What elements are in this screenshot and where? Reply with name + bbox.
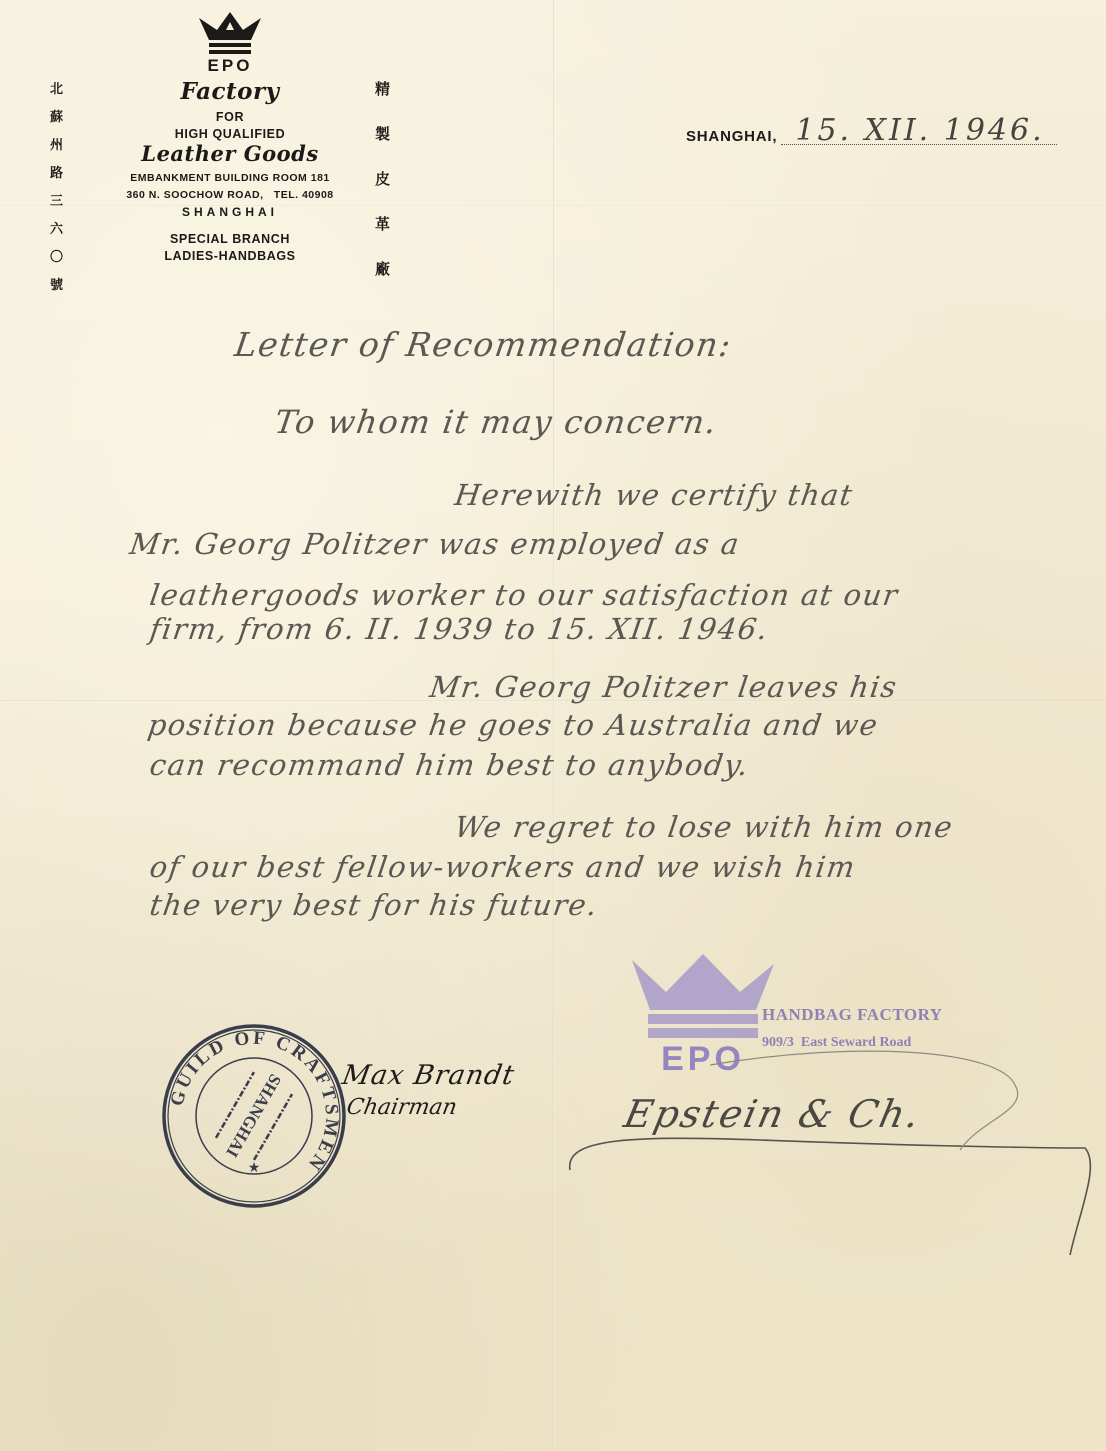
letterhead-city: SHANGHAI — [80, 204, 380, 221]
letterhead-branch-1: SPECIAL BRANCH — [80, 231, 380, 248]
signature-flourish — [560, 1030, 1100, 1260]
letter-line: Herewith we certify that — [453, 478, 856, 512]
chinese-address-char: 六 — [50, 218, 63, 237]
letter-line: leathergoods worker to our satisfaction … — [148, 578, 901, 612]
letter-line: Mr. Georg Politzer leaves his — [428, 670, 900, 704]
letterhead: EPO Factory FOR HIGH QUALIFIED Leather G… — [80, 10, 380, 265]
letterhead-address-1: EMBANKMENT BUILDING ROOM 181 — [80, 170, 380, 187]
chairman-name: Max Brandt — [340, 1060, 517, 1091]
chinese-address-char: 〇 — [50, 246, 63, 265]
letter-line: can recommand him best to anybody. — [148, 748, 752, 782]
letter-line: the very best for his future. — [148, 888, 601, 922]
chinese-address-column: 北蘇州路三六〇號 — [50, 78, 63, 293]
letterhead-for: FOR — [80, 109, 380, 126]
chinese-address-char: 北 — [50, 78, 63, 97]
letter-line: position because he goes to Australia an… — [146, 708, 881, 742]
letter-line: firm, from 6. II. 1939 to 15. XII. 1946. — [148, 612, 771, 646]
letterhead-branch-2: LADIES-HANDBAGS — [80, 248, 380, 265]
crown-icon — [195, 10, 265, 58]
letter-line: of our best fellow-workers and we wish h… — [148, 850, 859, 884]
letterhead-factory: Factory — [80, 78, 380, 105]
dateline-place: SHANGHAI, — [686, 128, 777, 145]
letter-greeting: To whom it may concern. — [272, 403, 720, 441]
chairman-role: Chairman — [345, 1095, 511, 1120]
stamp-line-1: HANDBAG FACTORY — [762, 1005, 943, 1025]
letter-title: Letter of Recommendation: — [232, 325, 734, 364]
letterhead-address-2: 360 N. SOOCHOW ROAD, TEL. 40908 — [80, 187, 380, 204]
factory-signature: Epstein & Ch. — [620, 1092, 925, 1136]
guild-seal-icon: GUILD OF CRAFTSMEN ★ SHANGHAI — [160, 1022, 348, 1210]
svg-text:SHANGHAI: SHANGHAI — [222, 1071, 285, 1161]
dateline: SHANGHAI, 15. XII. 1946. — [686, 118, 1057, 145]
svg-text:★: ★ — [248, 1159, 261, 1175]
chinese-address-char: 蘇 — [50, 106, 63, 125]
chinese-address-char: 號 — [50, 274, 63, 293]
brand-name: EPO — [80, 56, 380, 76]
chinese-address-char: 州 — [50, 134, 63, 153]
letter-line: We regret to lose with him one — [453, 810, 956, 844]
dateline-date: 15. XII. 1946. — [781, 118, 1057, 145]
letter-line: Mr. Georg Politzer was employed as a — [128, 527, 743, 561]
chairman-signature: Max Brandt Chairman — [335, 1060, 518, 1120]
chinese-address-char: 三 — [50, 190, 63, 209]
chinese-address-char: 路 — [50, 162, 63, 181]
letterhead-goods: Leather Goods — [80, 141, 380, 166]
